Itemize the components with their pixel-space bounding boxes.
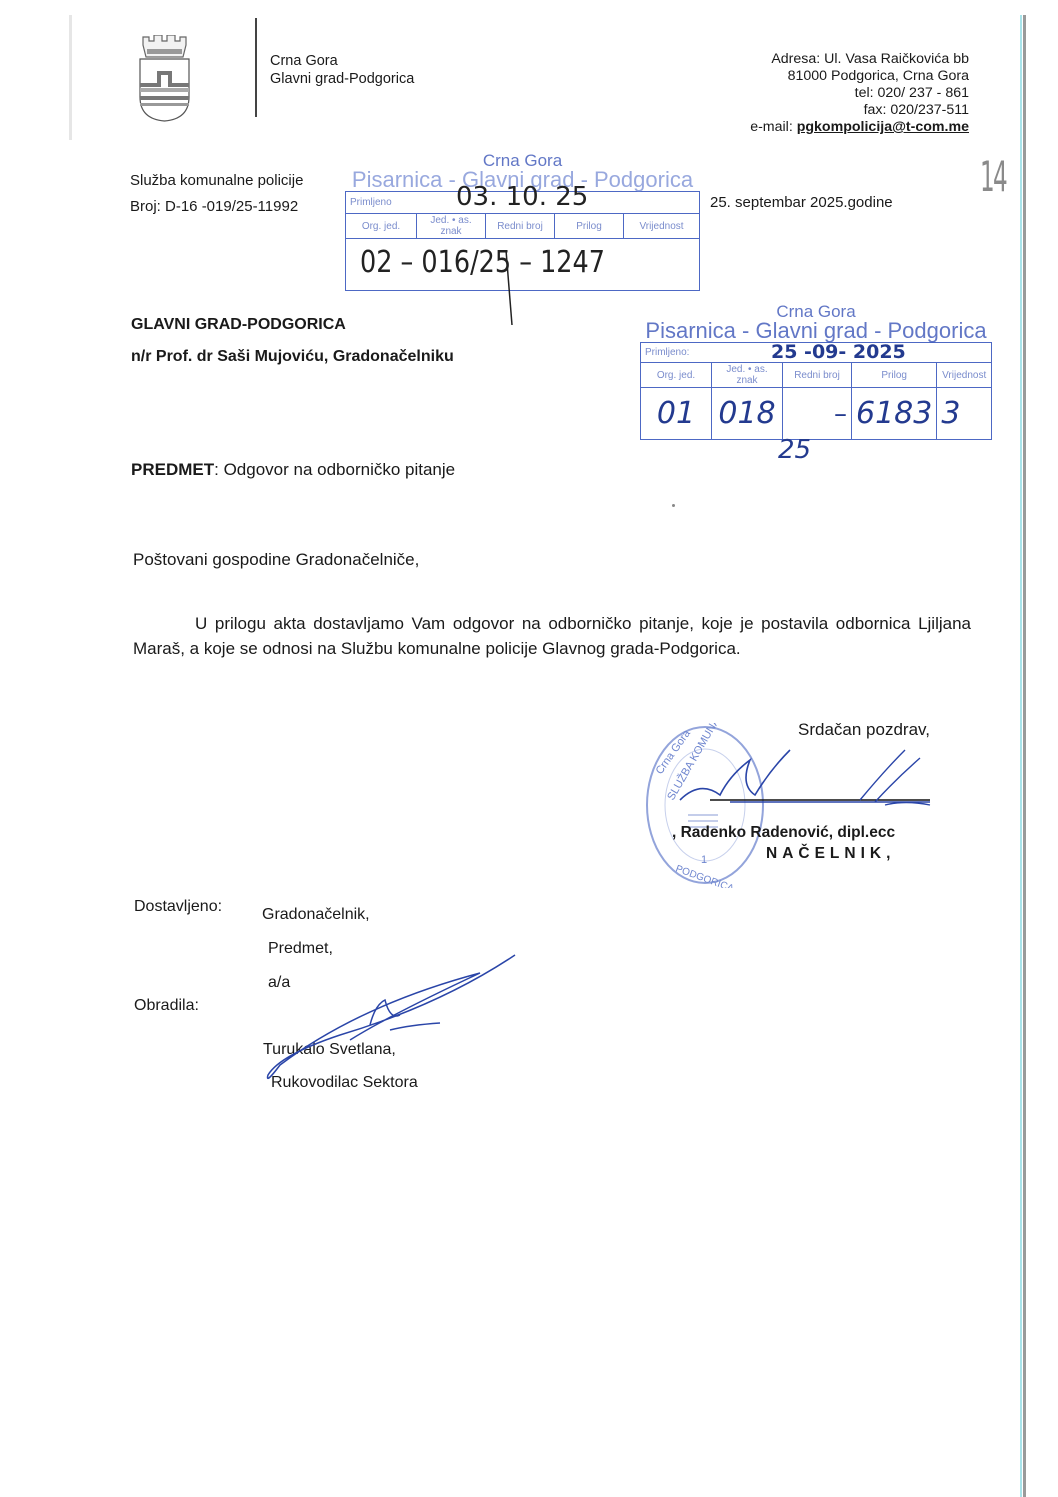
stamp-unit-value: 018: [718, 396, 775, 431]
registry-stamp-incoming: Crna Gora Pisarnica - Glavni grad - Podg…: [345, 152, 700, 291]
registry-stamp-mayor-office: Crna Gora Pisarnica - Glavni grad - Podg…: [640, 303, 992, 440]
scan-speck: [672, 504, 675, 507]
letterhead-org: Crna Gora Glavni grad-Podgorica: [270, 52, 414, 88]
scan-edge-line-grey: [1023, 15, 1026, 1497]
reference-number: Broj: D-16 -019/25-11992: [130, 194, 303, 220]
handwritten-page-number: 14: [980, 152, 1006, 201]
sender-block: Služba komunalne policije Broj: D-16 -01…: [130, 168, 303, 220]
stamp-header-office: Pisarnica - Glavni grad - Podgorica: [640, 320, 992, 342]
email-label: e-mail:: [750, 119, 797, 135]
stamp-col-value: Vrijednost: [624, 214, 700, 239]
stamp-received-date: 25 -09- 2025: [771, 341, 906, 363]
stamp-col-unit: Jed. • as. znak: [417, 214, 486, 239]
scan-edge-line-cyan: [1020, 15, 1022, 1497]
distribution-item: Gradonačelnik,: [262, 898, 370, 932]
prepared-by-label: Obradila:: [134, 997, 199, 1015]
stamp-col-org: Org. jed.: [641, 363, 712, 388]
stamp-org-value: 01: [657, 396, 695, 431]
email-line: e-mail: pgkompolicija@t-com.me: [750, 119, 969, 136]
recipient-block: GLAVNI GRAD-PODGORICA n/r Prof. dr Saši …: [131, 309, 454, 373]
recipient-name: GLAVNI GRAD-PODGORICA: [131, 309, 454, 341]
fax: fax: 020/237-511: [750, 102, 969, 119]
svg-text:PODGORICA: PODGORICA: [674, 863, 736, 888]
distribution-label: Dostavljeno:: [134, 898, 222, 916]
letterhead-divider: [255, 18, 257, 117]
stamp-col-unit: Jed. • as. znak: [712, 363, 783, 388]
recipient-attention: n/r Prof. dr Saši Mujoviću, Gradonačelni…: [131, 341, 454, 373]
stamp-col-org: Org. jed.: [346, 214, 417, 239]
director-signature: [660, 740, 960, 820]
city-administration: Glavni grad-Podgorica: [270, 70, 414, 88]
closing-phrase: Srdačan pozdrav,: [798, 720, 930, 740]
signatory-name: , Radenko Radenović, dipl.ecc: [672, 824, 895, 842]
stamp-col-number: Redni broj: [783, 363, 852, 388]
address-line-1: Adresa: Ul. Vasa Raičkovića bb: [750, 51, 969, 68]
subject-text: : Odgovor na odborničko pitanje: [214, 460, 455, 479]
salutation: Poštovani gospodine Gradonačelniče,: [133, 550, 419, 570]
subject-label: PREDMET: [131, 460, 214, 479]
stamp-col-attachment: Prilog: [852, 363, 937, 388]
document-date: 25. septembar 2025.godine: [710, 194, 893, 211]
coat-of-arms-icon: [137, 35, 192, 122]
stamp-year-value: 25: [778, 435, 811, 465]
svg-text:1: 1: [701, 854, 707, 866]
email-link[interactable]: pgkompolicija@t-com.me: [797, 119, 969, 135]
subject-line: PREDMET: Odgovor na odborničko pitanje: [131, 460, 455, 480]
stamp-col-number: Redni broj: [486, 214, 555, 239]
stamp-registry-number: 02 – 016/25 – 1247: [360, 245, 605, 280]
stamp-received-date: 03. 10. 25: [456, 182, 588, 212]
contact-block: Adresa: Ul. Vasa Raičkovića bb 81000 Pod…: [750, 51, 969, 136]
letter-body: U prilogu akta dostavljamo Vam odgovor n…: [133, 611, 971, 661]
stamp-col-value: Vrijednost: [937, 363, 992, 388]
stamp-received-label: Primljeno:: [645, 347, 689, 358]
stamp-received-label: Primljeno: [350, 197, 392, 208]
signatory-title: NAČELNIK,: [766, 845, 895, 863]
telephone: tel: 020/ 237 - 861: [750, 85, 969, 102]
pen-stroke: [500, 250, 520, 330]
country-name: Crna Gora: [270, 52, 414, 70]
stamp-col-attachment: Prilog: [555, 214, 624, 239]
preparer-signature: [240, 945, 530, 1095]
stamp-number-value: 6183: [856, 396, 932, 431]
address-line-2: 81000 Podgorica, Crna Gora: [750, 68, 969, 85]
sender-department: Služba komunalne policije: [130, 168, 303, 194]
scan-edge-line: [69, 15, 72, 140]
stamp-attachment-value: 3: [941, 396, 960, 431]
